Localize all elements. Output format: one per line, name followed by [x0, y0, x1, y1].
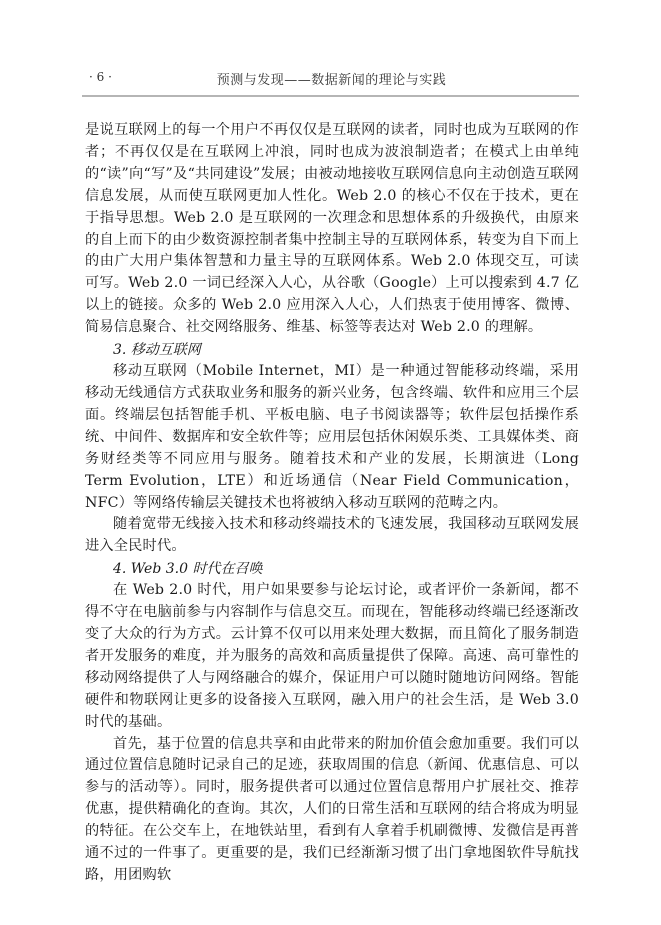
section-heading-web3: 4. Web 3.0 时代在召唤: [85, 558, 579, 580]
running-header: · 6 · 预测与发现——数据新闻的理论与实践: [85, 64, 578, 94]
section-heading-mobile-internet: 3. 移动互联网: [85, 339, 579, 361]
paragraph-location-services: 首先，基于位置的信息共享和由此带来的附加价值会愈加重要。我们可以通过位置信息随时…: [85, 734, 579, 887]
paragraph-web2-intro: 是说互联网上的每一个用户不再仅仅是互联网的读者，同时也成为互联网的作者；不再仅仅…: [85, 120, 579, 339]
paragraph-web3-foundation: 在 Web 2.0 时代，用户如果要参与论坛讨论，或者评价一条新闻，都不得不守在…: [85, 580, 579, 733]
paragraph-mobile-internet-definition: 移动互联网（Mobile Internet，MI）是一种通过智能移动终端，采用移…: [85, 361, 579, 514]
paragraph-mobile-internet-era: 随着宽带无线接入技术和移动终端技术的飞速发展，我国移动互联网发展进入全民时代。: [85, 514, 579, 558]
book-title: 预测与发现——数据新闻的理论与实践: [85, 69, 578, 88]
header-rule: [82, 95, 579, 97]
page-body: 是说互联网上的每一个用户不再仅仅是互联网的读者，同时也成为互联网的作者；不再仅仅…: [85, 120, 579, 887]
